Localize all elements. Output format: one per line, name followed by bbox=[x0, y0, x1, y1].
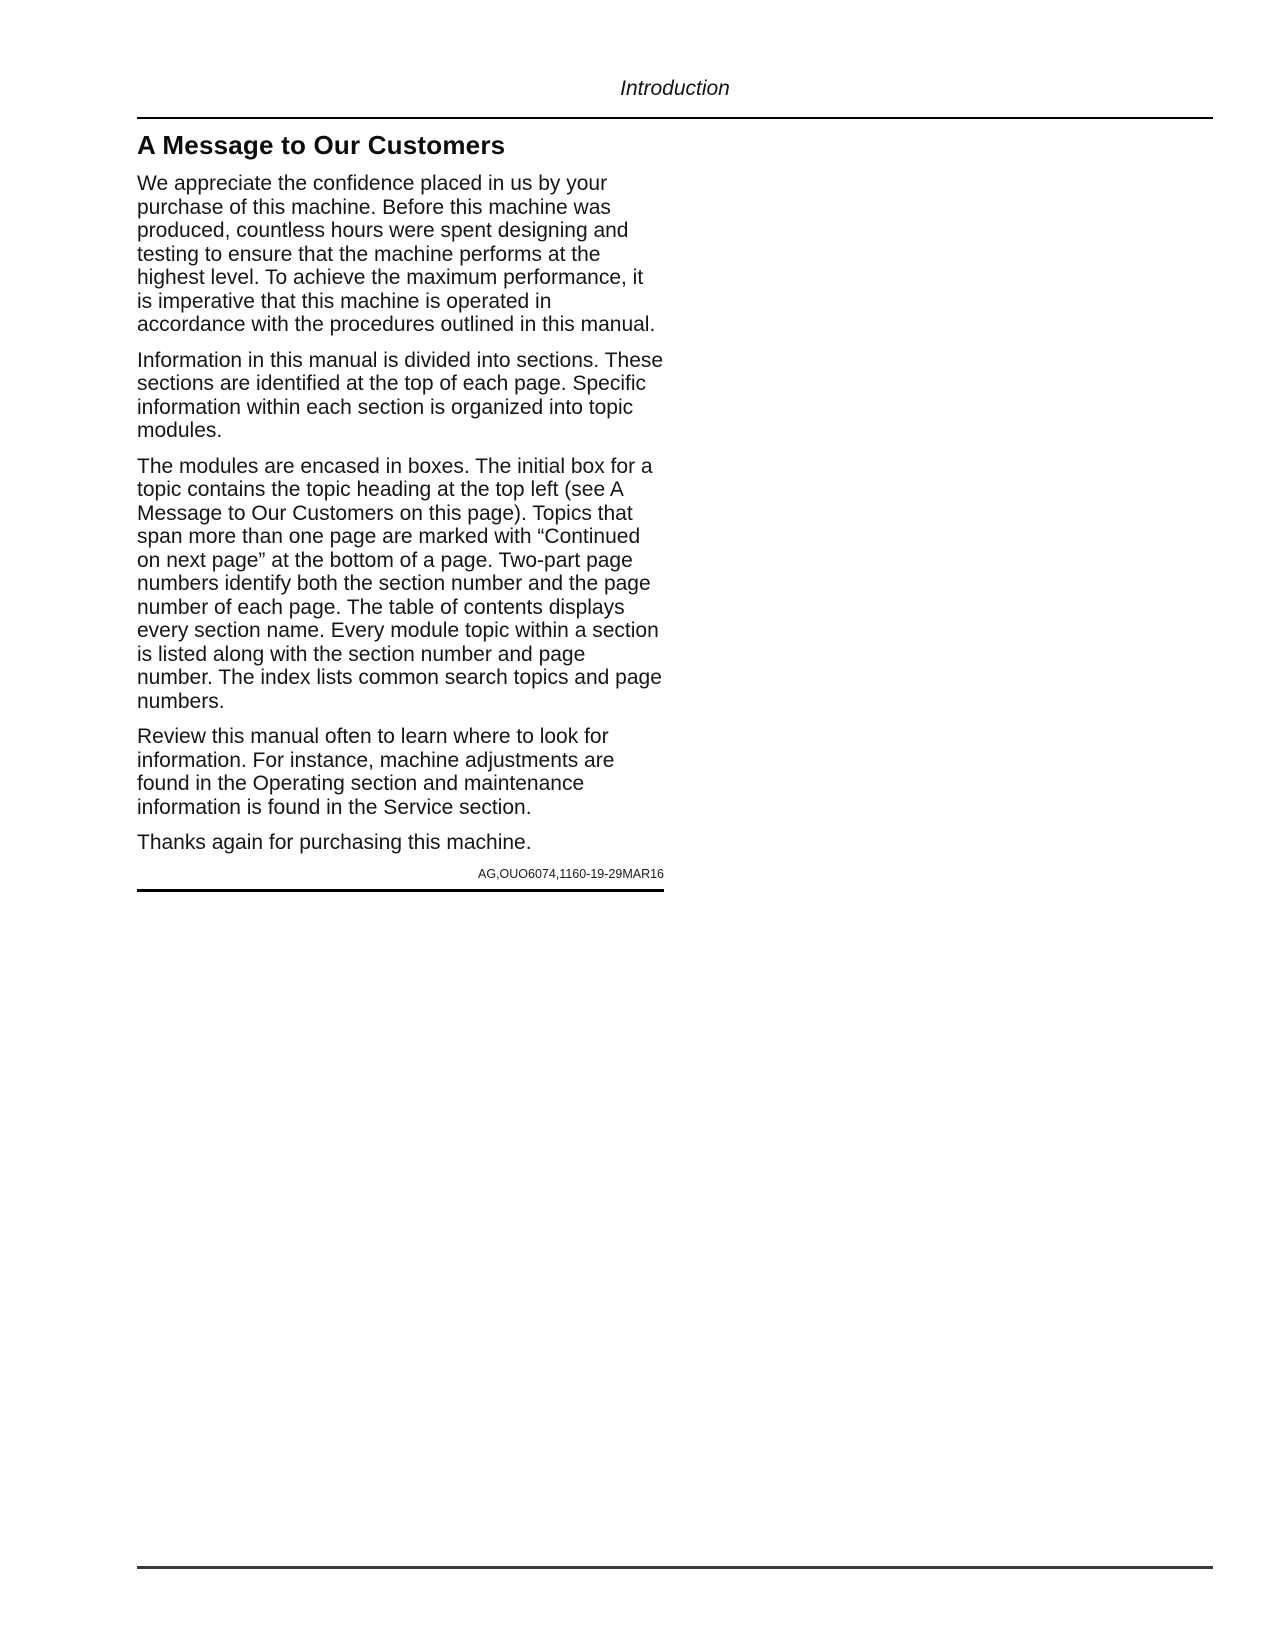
body-paragraph-1: We appreciate the confidence placed in u… bbox=[137, 172, 664, 337]
running-header: Introduction bbox=[137, 78, 1213, 99]
topic-module: A Message to Our Customers We appreciate… bbox=[137, 131, 664, 892]
body-paragraph-3: The modules are encased in boxes. The in… bbox=[137, 455, 664, 714]
body-paragraph-2: Information in this manual is divided in… bbox=[137, 349, 664, 443]
article-title: A Message to Our Customers bbox=[137, 131, 664, 159]
doc-code: AG,OUO6074,1160-19-29MAR16 bbox=[137, 867, 664, 882]
header-rule bbox=[137, 117, 1213, 119]
manual-page: Introduction A Message to Our Customers … bbox=[0, 0, 1275, 1650]
body-paragraph-5: Thanks again for purchasing this machine… bbox=[137, 831, 664, 855]
body-paragraph-4: Review this manual often to learn where … bbox=[137, 725, 664, 819]
module-rule bbox=[137, 889, 664, 893]
page-bottom-rule bbox=[137, 1566, 1213, 1569]
